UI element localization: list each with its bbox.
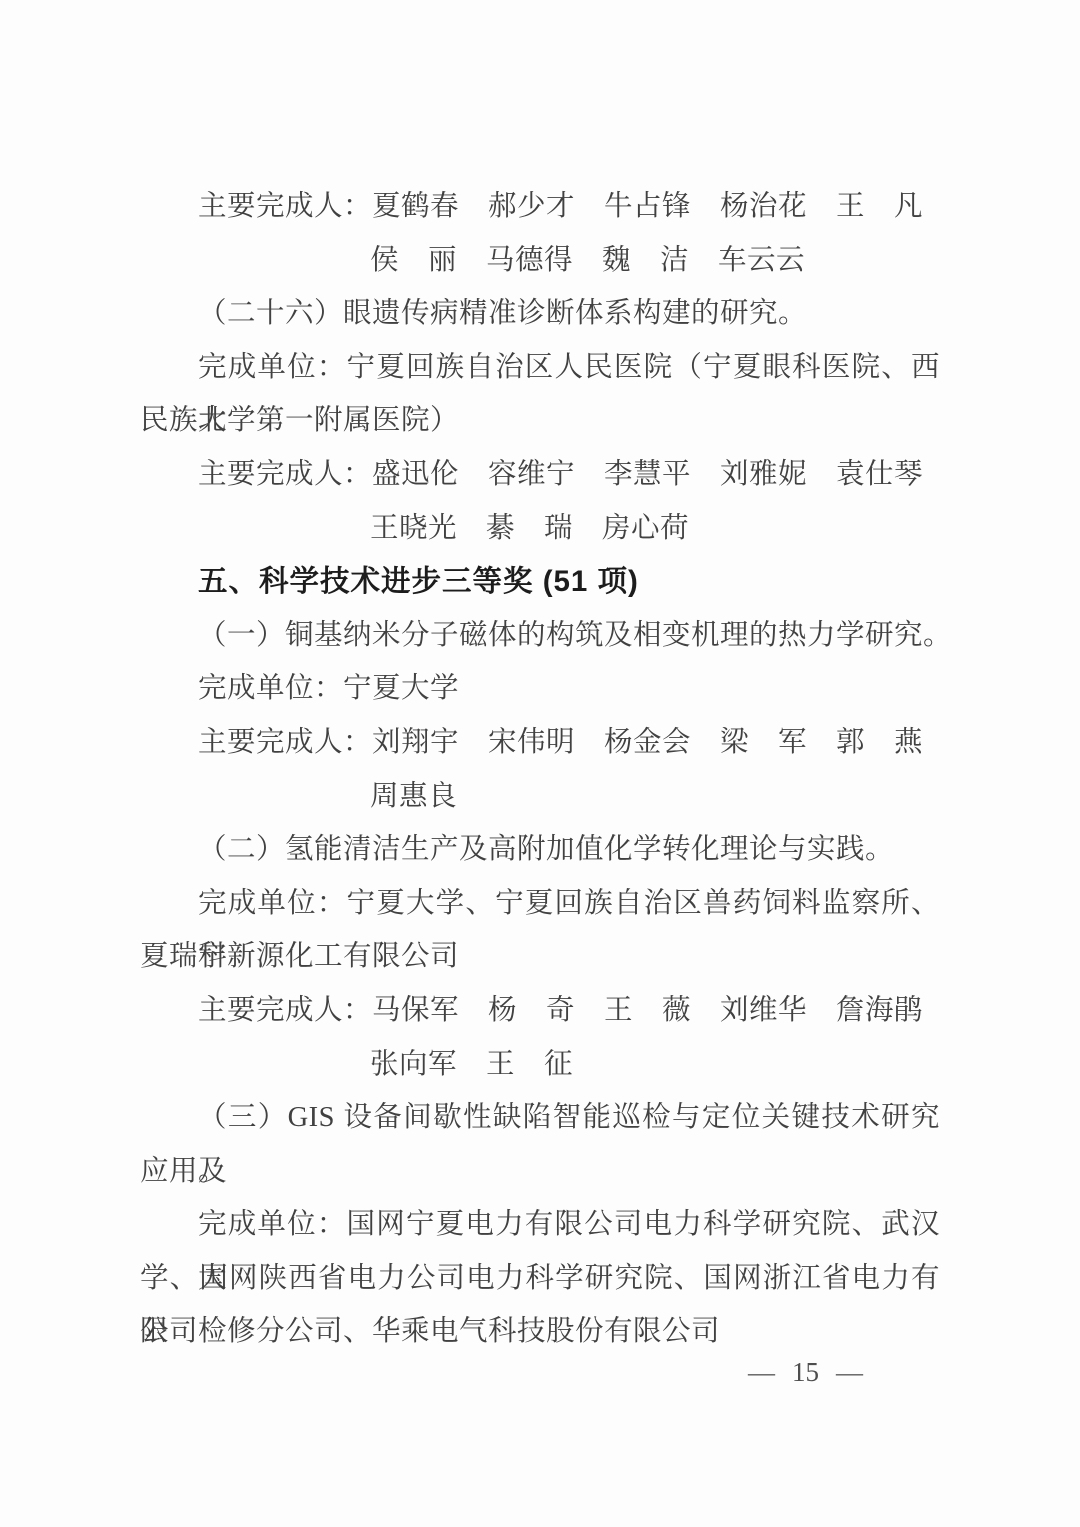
document-body: 主要完成人：夏鹤春 郝少才 牛占锋 杨治花 王 凡 侯 丽 马德得 魏 洁 车云… [140, 180, 940, 1359]
org-line-item1: 完成单位：宁夏大学 [140, 662, 940, 716]
org-continuation-item26: 民族大学第一附属医院） [140, 394, 940, 448]
org-continuation-item3-a: 学、国网陕西省电力公司电力科学研究院、国网浙江省电力有限 [140, 1252, 940, 1306]
completers-line-item25: 主要完成人：夏鹤春 郝少才 牛占锋 杨治花 王 凡 [140, 180, 940, 234]
completers-line-item2: 主要完成人：马保军 杨 奇 王 薇 刘维华 詹海鹃 [140, 984, 940, 1038]
page-number: 15 [792, 1352, 819, 1392]
footer-dash-right: — [836, 1352, 863, 1392]
item-2-title: （二）氢能清洁生产及高附加值化学转化理论与实践。 [140, 823, 940, 877]
footer-dash-left: — [748, 1352, 775, 1392]
completers-continuation-item1: 周惠良 [140, 770, 940, 824]
org-continuation-item2: 夏瑞科新源化工有限公司 [140, 930, 940, 984]
page-footer: — 15 — [748, 1352, 863, 1392]
completers-continuation-item26: 王晓光 綦 瑞 房心荷 [140, 502, 940, 556]
completers-continuation-item2: 张向军 王 征 [140, 1038, 940, 1092]
completers-line-item1: 主要完成人：刘翔宇 宋伟明 杨金会 梁 军 郭 燕 [140, 716, 940, 770]
item-3-title-continuation: 应用。 [140, 1145, 940, 1199]
item-26-title: （二十六）眼遗传病精准诊断体系构建的研究。 [140, 287, 940, 341]
org-line-item3: 完成单位：国网宁夏电力有限公司电力科学研究院、武汉大 [140, 1198, 940, 1252]
completers-line-item26: 主要完成人：盛迅伦 容维宁 李慧平 刘雅妮 袁仕琴 [140, 448, 940, 502]
org-line-item26: 完成单位：宁夏回族自治区人民医院（宁夏眼科医院、西北 [140, 341, 940, 395]
completers-continuation-item25: 侯 丽 马德得 魏 洁 车云云 [140, 234, 940, 288]
document-page: 主要完成人：夏鹤春 郝少才 牛占锋 杨治花 王 凡 侯 丽 马德得 魏 洁 车云… [0, 0, 1080, 1527]
item-1-title: （一）铜基纳米分子磁体的构筑及相变机理的热力学研究。 [140, 609, 940, 663]
org-line-item2: 完成单位：宁夏大学、宁夏回族自治区兽药饲料监察所、宁 [140, 877, 940, 931]
item-3-title: （三）GIS 设备间歇性缺陷智能巡检与定位关键技术研究及 [140, 1091, 940, 1145]
section-heading-third-prize: 五、科学技术进步三等奖 (51 项) [140, 555, 940, 609]
